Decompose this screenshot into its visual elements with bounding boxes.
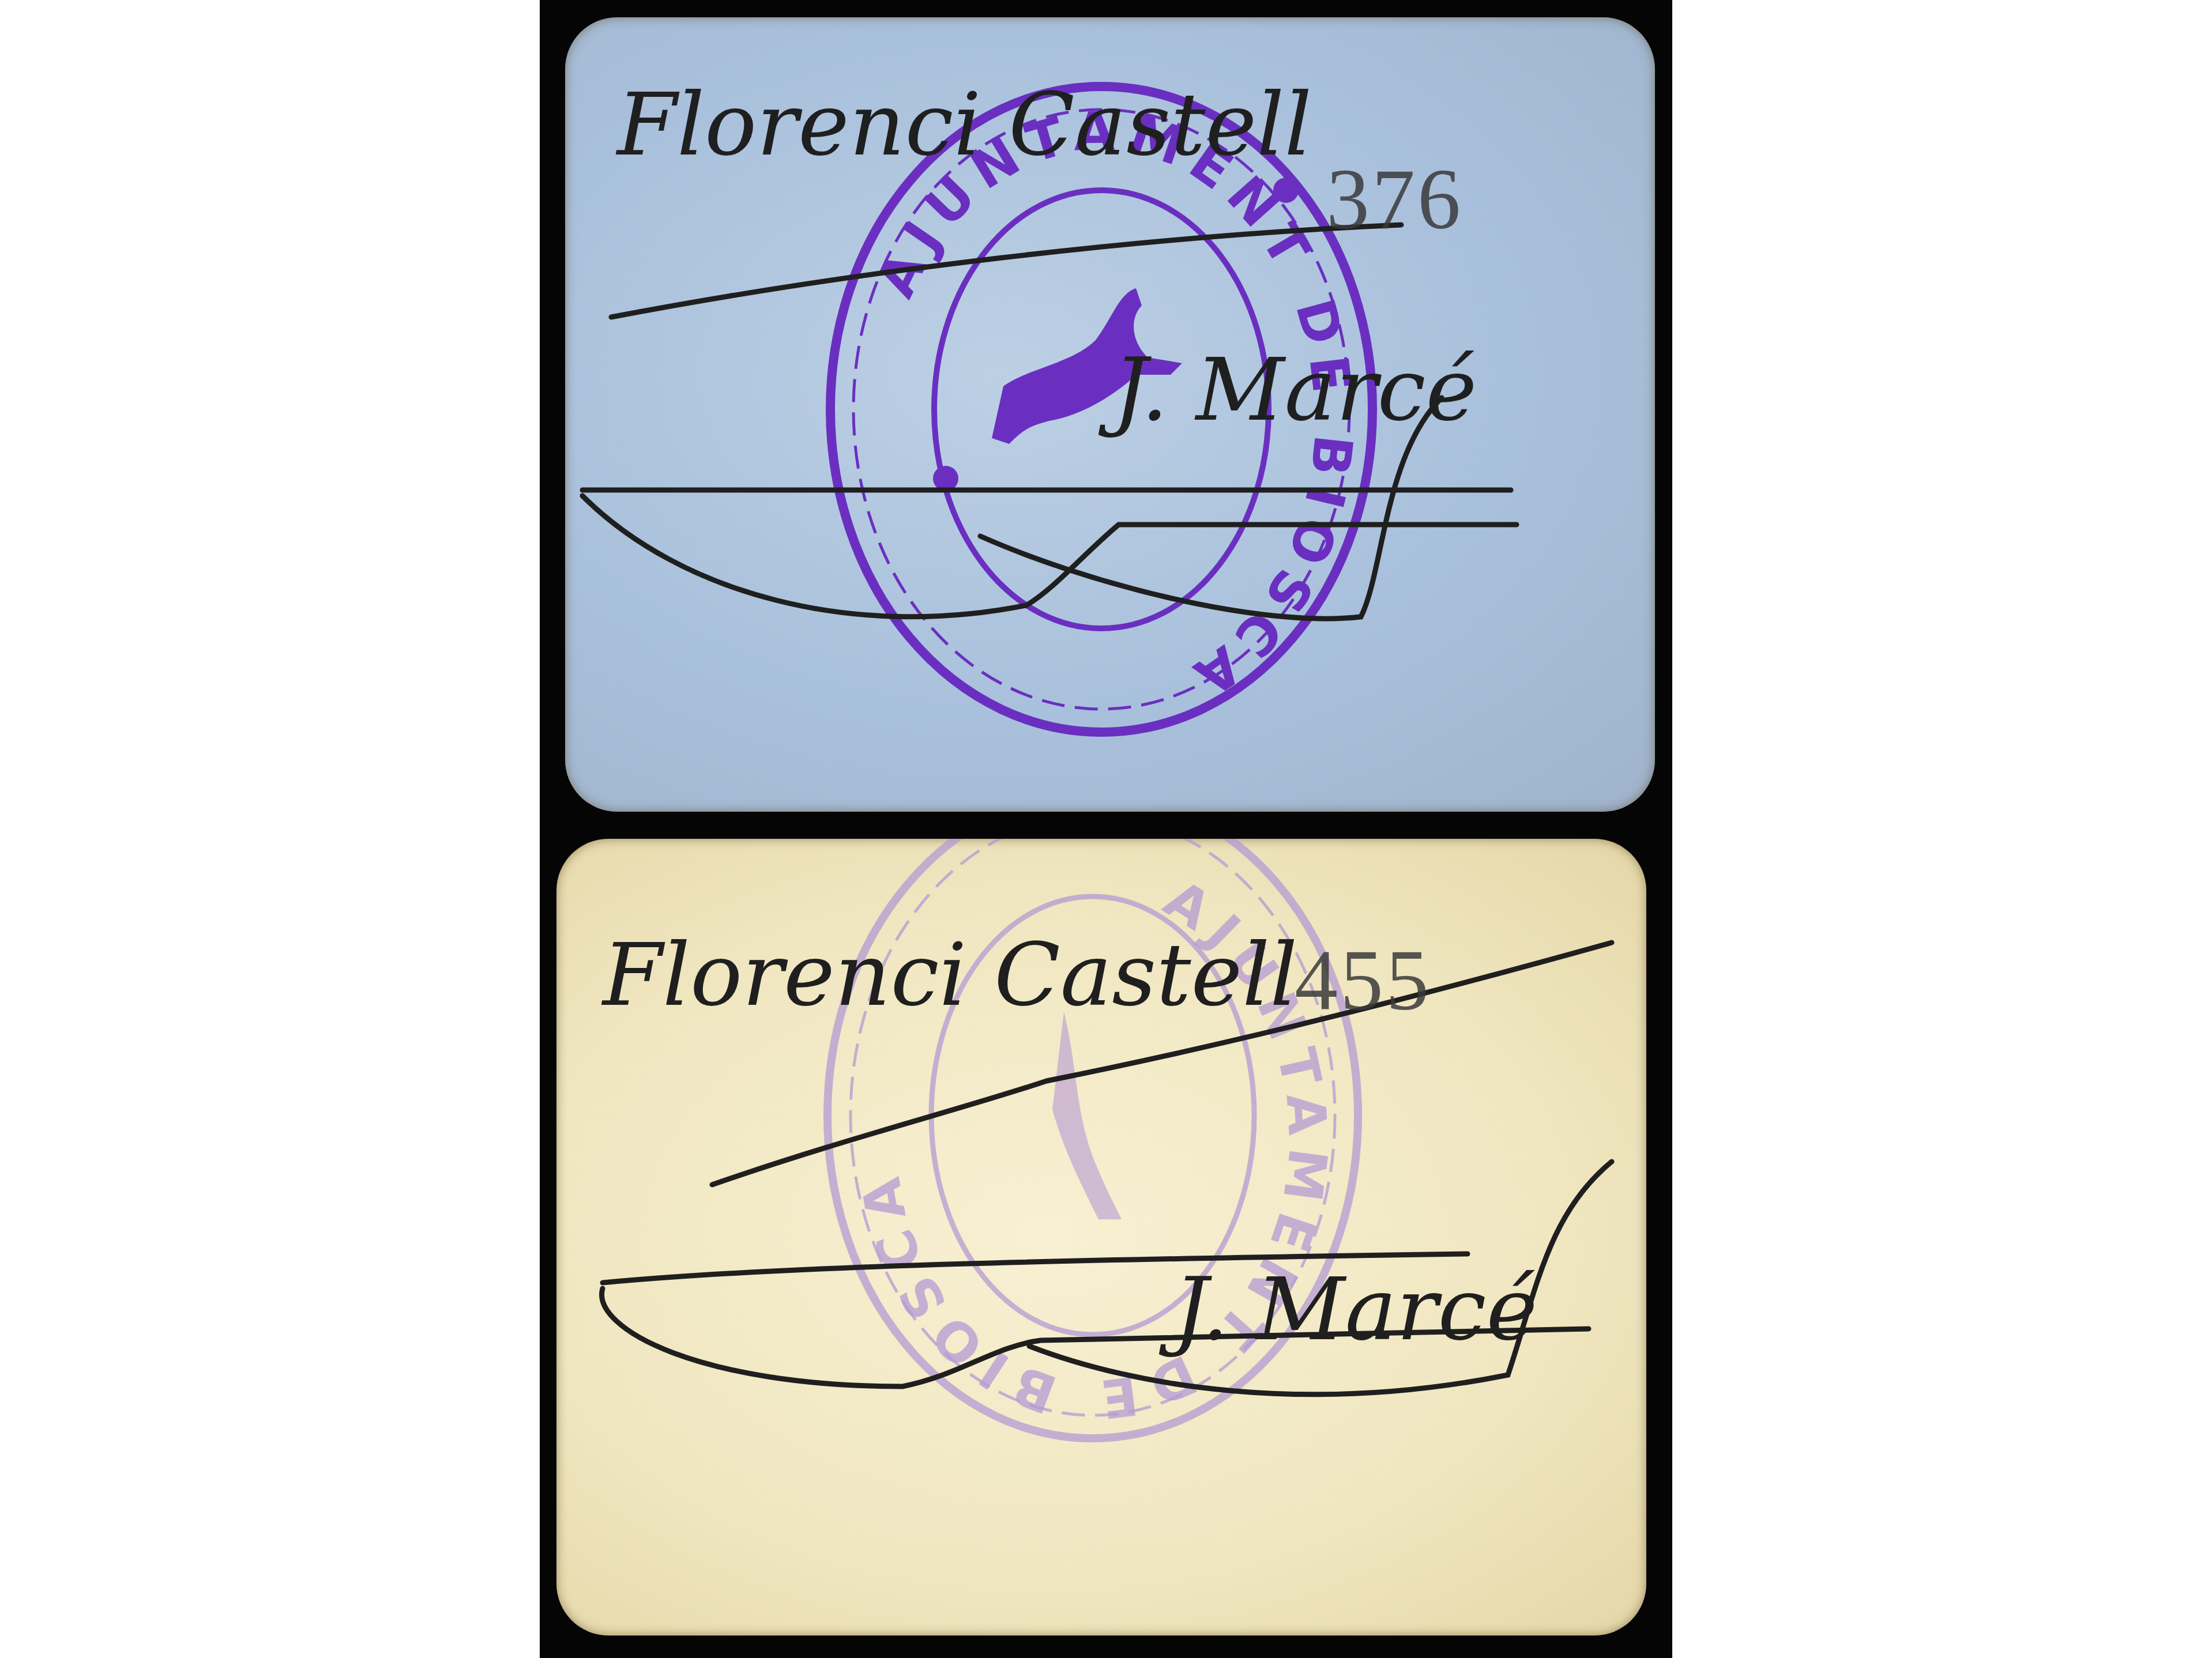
serial-number: 376 — [1326, 150, 1463, 249]
serial-number: 455 — [1295, 931, 1431, 1030]
signature-2: J. Marcé — [1173, 1260, 1537, 1360]
signature-2: J. Marcé — [1113, 340, 1477, 440]
currency-card-cream: AJUNTAMENT DE BIOSCA 455 Florenci Castel… — [556, 839, 1646, 1636]
signature-1: Florenci Castell — [603, 925, 1297, 1026]
fox-emblem-icon — [1052, 1012, 1122, 1219]
currency-card-blue: AJUNTAMENT DE BIOSCA 376 Florenci Castel… — [565, 17, 1655, 812]
signature-1: Florenci Castell — [617, 75, 1312, 175]
